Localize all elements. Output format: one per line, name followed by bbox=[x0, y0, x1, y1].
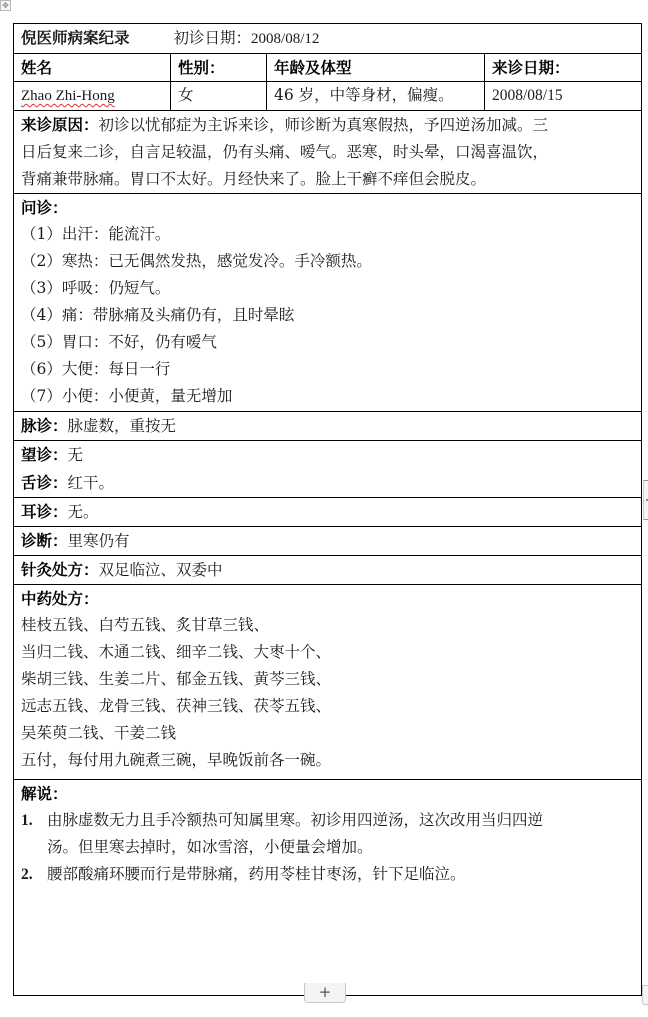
inquiry-cell[interactable]: 问诊： （1）出汗：能流汗。 （2）寒热：已无偶然发热，感觉发冷。手冷额热。 （… bbox=[14, 194, 642, 412]
herbal-line-1: 桂枝五钱、白芍五钱、炙甘草三钱、 bbox=[21, 612, 634, 639]
tongue-value: 红干。 bbox=[68, 474, 115, 492]
record-title: 倪医师病案纪录 bbox=[21, 28, 130, 47]
inquiry-item-urine: （7）小便：小便黄，量无增加 bbox=[21, 383, 634, 410]
table-resize-handle[interactable] bbox=[642, 985, 648, 1005]
add-row-button[interactable]: + bbox=[304, 983, 346, 1003]
pulse-row: 脉诊：脉虚数，重按无 bbox=[14, 412, 642, 441]
inquiry-item-pain: （4）痛：带脉痛及头痛仍有，且时晕眩 bbox=[21, 302, 634, 329]
explanation-item-2-line-1: 腰部酸痛环腰而行是带脉痛，药用苓桂甘枣汤，针下足临泣。 bbox=[47, 861, 634, 888]
explanation-item-1-line-1: 由脉虚数无力且手冷额热可知属里寒。初诊用四逆汤，这次改用当归四逆 bbox=[47, 807, 634, 834]
inquiry-item-stool: （6）大便：每日一行 bbox=[21, 356, 634, 383]
acupuncture-cell[interactable]: 针灸处方：双足临泣、双委中 bbox=[14, 556, 642, 585]
column-resize-handle[interactable] bbox=[643, 480, 648, 520]
reason-line-1: 初诊以忧郁症为主诉来诊，师诊断为真寒假热，予四逆汤加减。三 bbox=[99, 116, 549, 134]
patient-value-row: Zhao Zhi-Hong 女 46 岁，中等身材，偏瘦。 2008/08/15 bbox=[14, 82, 642, 111]
inquiry-item-cold-heat: （2）寒热：已无偶然发热，感觉发冷。手冷额热。 bbox=[21, 248, 634, 275]
pulse-value: 脉虚数，重按无 bbox=[68, 417, 177, 435]
herbal-row: 中药处方： 桂枝五钱、白芍五钱、炙甘草三钱、 当归二钱、木通二钱、细辛二钱、大枣… bbox=[14, 585, 642, 780]
name-cell[interactable]: Zhao Zhi-Hong bbox=[14, 82, 171, 111]
pulse-label: 脉诊： bbox=[21, 416, 68, 435]
age-build-cell[interactable]: 46 岁，中等身材，偏瘦。 bbox=[267, 82, 485, 111]
diagnosis-row: 诊断：里寒仍有 bbox=[14, 527, 642, 556]
gender-cell[interactable]: 女 bbox=[171, 82, 267, 111]
visit-date-header: 来诊日期： bbox=[485, 54, 642, 82]
title-cell[interactable]: 倪医师病案纪录初诊日期：2008/08/12 bbox=[14, 24, 642, 54]
reason-label: 来诊原因： bbox=[21, 115, 99, 134]
inquiry-label: 问诊： bbox=[21, 194, 634, 221]
patient-name: Zhao Zhi-Hong bbox=[21, 88, 115, 104]
diagnosis-value: 里寒仍有 bbox=[68, 532, 130, 550]
explanation-item-1-number: 1. bbox=[21, 807, 47, 861]
name-header: 姓名 bbox=[14, 54, 171, 82]
observation-value: 无 bbox=[68, 446, 84, 464]
herbal-line-3: 柴胡三钱、生姜二片、郁金五钱、黄芩三钱、 bbox=[21, 666, 634, 693]
herbal-dosage-instructions: 五付，每付用九碗煮三碗，早晚饭前各一碗。 bbox=[21, 747, 634, 774]
reason-cell[interactable]: 来诊原因：初诊以忧郁症为主诉来诊，师诊断为真寒假热，予四逆汤加减。三 日后复来二… bbox=[14, 111, 642, 194]
explanation-cell[interactable]: 解说： 1. 由脉虚数无力且手冷额热可知属里寒。初诊用四逆汤，这次改用当归四逆 … bbox=[14, 780, 642, 996]
acupuncture-label: 针灸处方： bbox=[21, 560, 99, 579]
herbal-line-5: 吴茱萸二钱、干姜二钱 bbox=[21, 720, 634, 747]
first-visit-date: 2008/08/12 bbox=[251, 31, 319, 47]
diagnosis-cell[interactable]: 诊断：里寒仍有 bbox=[14, 527, 642, 556]
acupuncture-value: 双足临泣、双委中 bbox=[99, 561, 223, 579]
explanation-item-1-line-2: 汤。但里寒去掉时，如冰雪溶，小便量会增加。 bbox=[47, 834, 634, 861]
inquiry-item-appetite: （5）胃口：不好，仍有嗳气 bbox=[21, 329, 634, 356]
inquiry-item-breathing: （3）呼吸：仍短气。 bbox=[21, 275, 634, 302]
gender-header: 性别： bbox=[171, 54, 267, 82]
case-record-table: 倪医师病案纪录初诊日期：2008/08/12 姓名 性别： 年龄及体型 来诊日期… bbox=[13, 23, 642, 996]
ear-cell[interactable]: 耳诊：无。 bbox=[14, 498, 642, 527]
observation-row: 望诊：无 舌诊：红干。 bbox=[14, 441, 642, 498]
explanation-item-2: 2. 腰部酸痛环腰而行是带脉痛，药用苓桂甘枣汤，针下足临泣。 bbox=[21, 861, 634, 888]
reason-row: 来诊原因：初诊以忧郁症为主诉来诊，师诊断为真寒假热，予四逆汤加减。三 日后复来二… bbox=[14, 111, 642, 194]
reason-line-2: 日后复来二诊，自言足较温，仍有头痛、嗳气。恶寒，时头晕，口渴喜温饮， bbox=[21, 139, 634, 166]
pulse-cell[interactable]: 脉诊：脉虚数，重按无 bbox=[14, 412, 642, 441]
table-move-handle-icon[interactable]: ✥ bbox=[0, 0, 11, 11]
visit-date-cell[interactable]: 2008/08/15 bbox=[485, 82, 642, 111]
herbal-line-2: 当归二钱、木通二钱、细辛二钱、大枣十个、 bbox=[21, 639, 634, 666]
diagnosis-label: 诊断： bbox=[21, 531, 68, 550]
explanation-item-1: 1. 由脉虚数无力且手冷额热可知属里寒。初诊用四逆汤，这次改用当归四逆 汤。但里… bbox=[21, 807, 634, 861]
acupuncture-row: 针灸处方：双足临泣、双委中 bbox=[14, 556, 642, 585]
ear-row: 耳诊：无。 bbox=[14, 498, 642, 527]
ear-label: 耳诊： bbox=[21, 502, 68, 521]
age-build-header: 年龄及体型 bbox=[267, 54, 485, 82]
observation-label: 望诊： bbox=[21, 445, 68, 464]
herbal-label: 中药处方： bbox=[21, 585, 634, 612]
herbal-cell[interactable]: 中药处方： 桂枝五钱、白芍五钱、炙甘草三钱、 当归二钱、木通二钱、细辛二钱、大枣… bbox=[14, 585, 642, 780]
inquiry-row: 问诊： （1）出汗：能流汗。 （2）寒热：已无偶然发热，感觉发冷。手冷额热。 （… bbox=[14, 194, 642, 412]
patient-header-row: 姓名 性别： 年龄及体型 来诊日期： bbox=[14, 54, 642, 82]
explanation-row: 解说： 1. 由脉虚数无力且手冷额热可知属里寒。初诊用四逆汤，这次改用当归四逆 … bbox=[14, 780, 642, 996]
explanation-label: 解说： bbox=[21, 780, 634, 807]
reason-line-3: 背痛兼带脉痛。胃口不太好。月经快来了。脸上干癣不痒但会脱皮。 bbox=[21, 166, 634, 193]
explanation-item-2-number: 2. bbox=[21, 861, 47, 888]
inquiry-item-sweat: （1）出汗：能流汗。 bbox=[21, 221, 634, 248]
tongue-label: 舌诊： bbox=[21, 473, 68, 492]
herbal-line-4: 远志五钱、龙骨三钱、茯神三钱、茯苓五钱、 bbox=[21, 693, 634, 720]
first-visit-label: 初诊日期： bbox=[174, 29, 252, 47]
observation-cell[interactable]: 望诊：无 舌诊：红干。 bbox=[14, 441, 642, 498]
ear-value: 无。 bbox=[68, 503, 99, 521]
title-row: 倪医师病案纪录初诊日期：2008/08/12 bbox=[14, 24, 642, 54]
